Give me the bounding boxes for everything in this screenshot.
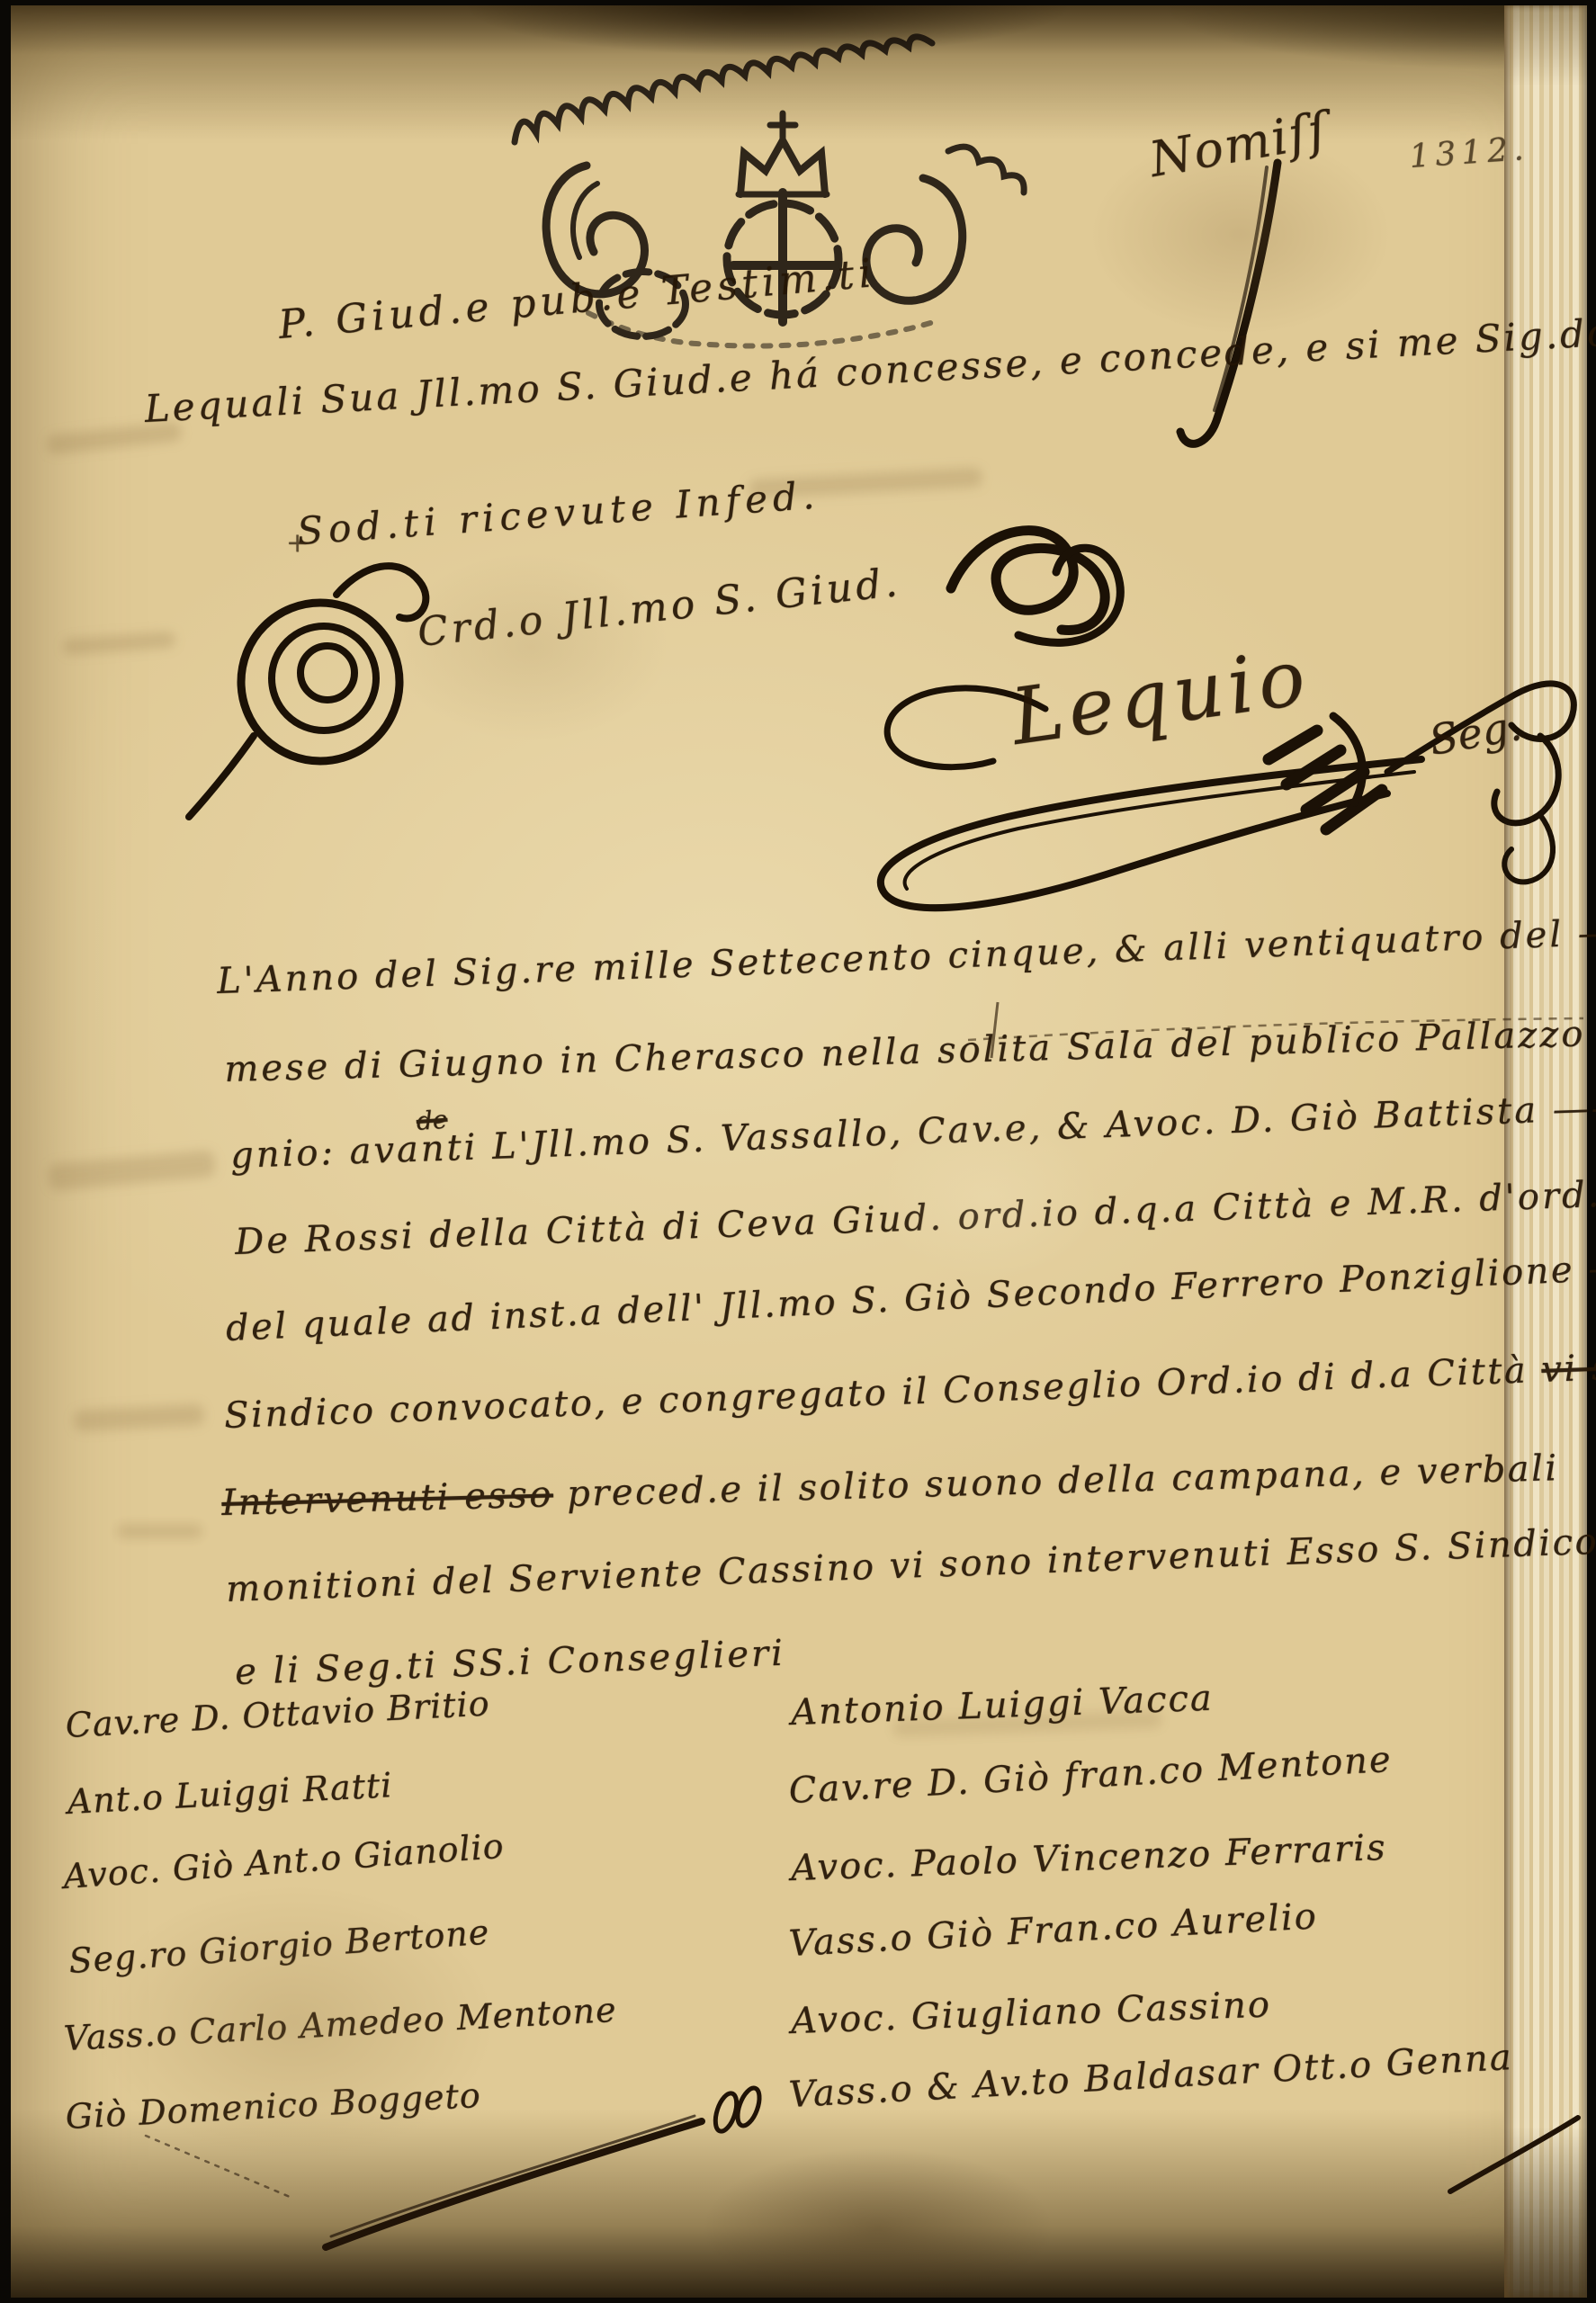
council-member-name: Avoc. Giò Ant.o Gianolio	[62, 1826, 506, 1896]
bleed-through-mark	[48, 1150, 216, 1191]
body-line-text: L'Anno del Sig.re mille Settecento cinqu…	[216, 910, 1596, 1002]
body-line-text: monitioni del Serviente Cassino vi sono …	[225, 1520, 1596, 1610]
top-edge-stain	[11, 5, 1587, 167]
folio-annotation-left: Nomiſſ	[1145, 101, 1332, 188]
header-line: P. Giud.e pub.e Testim.ti	[277, 250, 878, 348]
bleed-through-mark	[63, 632, 176, 656]
scan-background: Nomiſſ 1312. P. Giud.e pub.e Testim.ti L…	[0, 0, 1596, 2303]
council-member-name: Vass.o & Av.to Baldasar Ott.o Genna	[788, 2037, 1514, 2116]
body-line: gnio: avanti L'Jll.mo S. Vassallo, Cav.e…	[229, 1087, 1596, 1177]
council-member-name: Cav.re D. Giò fran.co Mentone	[788, 1739, 1394, 1812]
body-line-text: del quale ad inst.a dell' Jll.mo S. Giò …	[225, 1245, 1596, 1349]
council-member-name: Antonio Luiggi Vacca	[790, 1678, 1214, 1734]
council-member-name: Vass.o Carlo Amedeo Mentone	[63, 1990, 618, 2058]
body-line: mese di Giugno in Cherasco nella solita …	[224, 1011, 1596, 1090]
body-line-text: mese di Giugno in Cherasco nella solita …	[224, 1011, 1596, 1090]
council-member-name: Giò Domenico Boggeto	[65, 2075, 482, 2137]
body-line-struck: Intervenuti esso	[221, 1474, 554, 1524]
bleed-through-mark	[73, 1403, 204, 1432]
bleed-through-mark	[117, 1524, 202, 1538]
council-member-name: Vass.o Giò Fran.co Aurelio	[788, 1895, 1319, 1965]
council-member-name: Seg.ro Giorgio Bertone	[67, 1912, 491, 1981]
folio-annotation-tail	[1180, 163, 1278, 444]
council-member-name: Ant.o Luiggi Ratti	[67, 1765, 394, 1822]
body-line-text: De Rossi della Città di Ceva Giud. ord.i…	[234, 1173, 1596, 1263]
secretary-signature: Lequio	[1006, 632, 1315, 763]
header-line: Crd.o Jll.mo S. Giud.	[416, 560, 903, 656]
body-line: e li Seg.ti SS.i Conseglieri	[234, 1633, 785, 1693]
header-line: Sod.ti ricevute Infed.	[296, 473, 821, 553]
body-line: L'Anno del Sig.re mille Settecento cinqu…	[216, 910, 1596, 1002]
body-line-text: gnio: avanti L'Jll.mo S. Vassallo, Cav.e…	[229, 1087, 1596, 1177]
body-line: De Rossi della Città di Ceva Giud. ord.i…	[234, 1173, 1596, 1263]
body-line-text: preced.e il solito suono della campana, …	[552, 1447, 1559, 1515]
council-member-name: Cav.re D. Ottavio Britio	[65, 1683, 491, 1745]
body-line: Sindico convocato, e congregato il Conse…	[223, 1341, 1596, 1437]
body-line-text: Sindico convocato, e congregato il Conse…	[223, 1349, 1542, 1437]
ink-knot-flourish-icon	[951, 531, 1120, 643]
plus-mark: +	[286, 527, 309, 559]
paraph-flourish-icon	[189, 566, 426, 817]
body-line-text: e li Seg.ti SS.i Conseglieri	[234, 1633, 785, 1693]
body-line: monitioni del Serviente Cassino vi sono …	[225, 1520, 1596, 1610]
body-line: Intervenuti esso preced.e il solito suon…	[221, 1447, 1559, 1524]
council-member-name: Avoc. Paolo Vincenzo Ferraris	[790, 1827, 1387, 1889]
council-member-name: Avoc. Giugliano Cassino	[790, 1984, 1271, 2042]
body-line-struck: vi sono	[1541, 1344, 1596, 1391]
body-line: del quale ad inst.a dell' Jll.mo S. Giò …	[225, 1245, 1596, 1349]
manuscript-page: Nomiſſ 1312. P. Giud.e pub.e Testim.ti L…	[11, 5, 1587, 2298]
